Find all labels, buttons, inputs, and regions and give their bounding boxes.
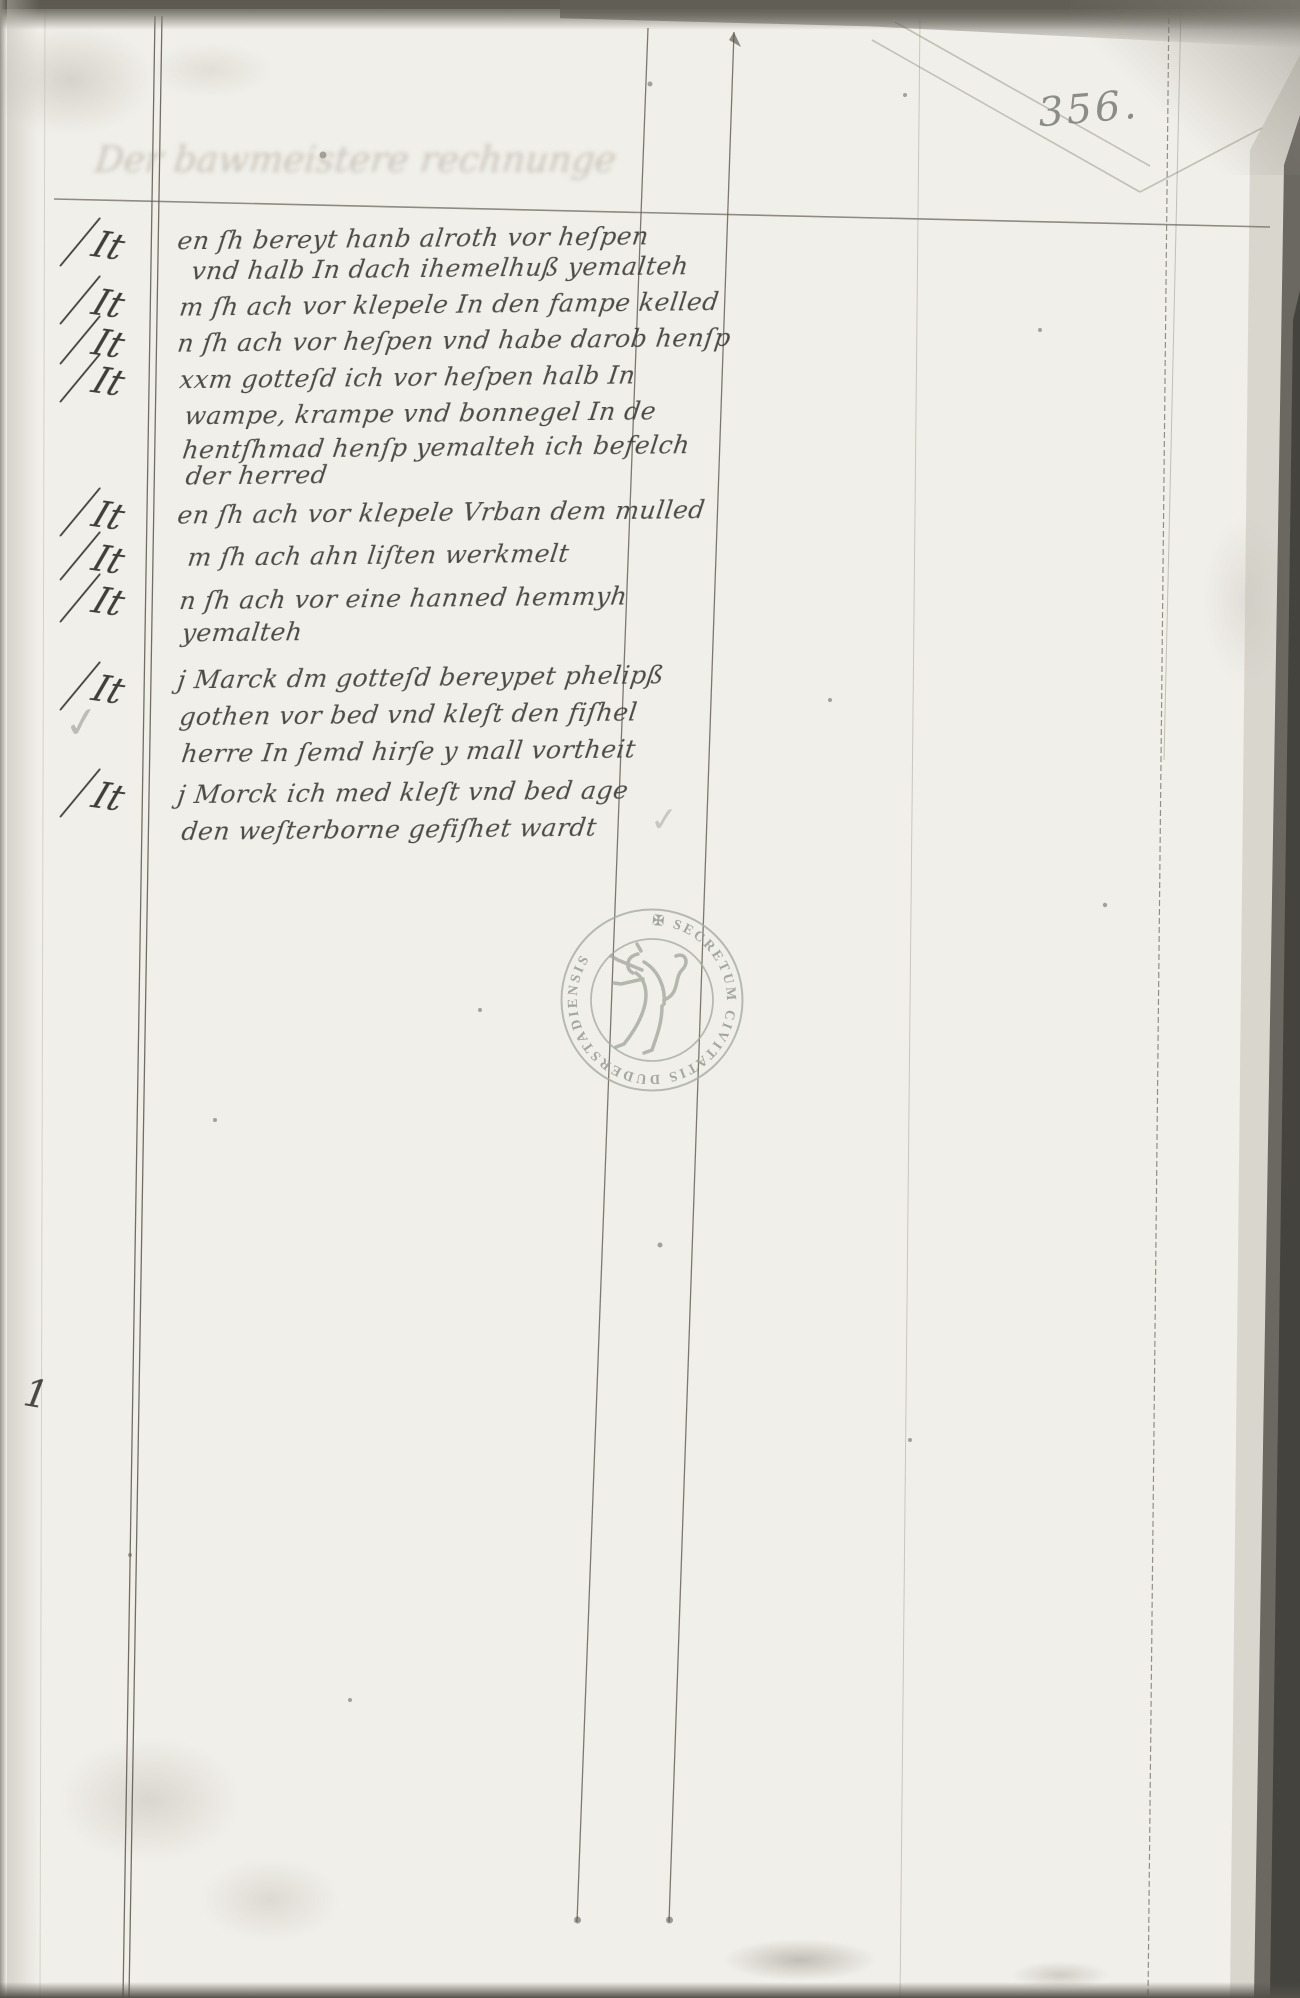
left-margin-rule: [123, 16, 162, 1998]
faded-header-bleedthrough: Der bawmeistere rechnunge: [93, 140, 737, 181]
page-edge-right: [1230, 55, 1300, 1998]
rule-end-blot: [666, 1917, 673, 1924]
right-margin-rule: [1148, 0, 1181, 1998]
faint-extra-rule: [900, 18, 920, 1998]
manuscript-line: n ſh ach vor eine hanned hemmyh: [178, 582, 629, 616]
manuscript-line: m ſh ach ahn liſten werkmelt: [186, 539, 571, 572]
manuscript-line: j Morck ich med kleſt vnd bed age: [176, 776, 631, 810]
manuscript-line: wampe, krampe vnd bonnegel In de: [183, 397, 658, 431]
manuscript-line: j Marck dm gotteſd bereypet phelipß: [176, 660, 666, 694]
header-rule-line: [54, 199, 1270, 227]
manuscript-line: der herred: [184, 460, 329, 490]
page-edge-left: [0, 0, 7, 1998]
pencil-check-mark: ✓: [61, 696, 103, 749]
manuscript-line: yemalteh: [180, 617, 304, 647]
manuscript-line: gothen vor bed vnd kleſt den fiſhel: [178, 698, 639, 732]
manuscript-line: herre In ſemd hirſe y mall vortheit: [180, 735, 638, 769]
manuscript-line: en ſh bereyt hanb alroth vor heſpen: [176, 222, 651, 256]
left-fold-crease: [40, 0, 45, 1998]
manuscript-line: hentſhmad henſp yemalteh ich befelch: [181, 430, 692, 464]
page-edge-left-shadow: [7, 0, 39, 1998]
manuscript-line: den weſterborne gefiſhet wardt: [180, 813, 599, 846]
archive-stamp: ✠ SECRETUM CIVITATIS DUDERSTADIENSIS: [562, 910, 743, 1091]
manuscript-line: vnd halb In dach ihemelhuß yemalteh: [190, 251, 691, 285]
scan-background: { "document": { "page_number": "356.", "…: [0, 0, 1300, 1998]
manuscript-line: m ſh ach vor klepele In den fampe kelled: [178, 287, 721, 322]
manuscript-line: xxm gotteſd ich vor heſpen halb In: [178, 361, 637, 395]
page-edge-bottom: [0, 1982, 1300, 1998]
manuscript-line: en ſh ach vor klepele Vrban dem mulled: [176, 495, 707, 530]
rule-top-arrow-tip: [729, 32, 741, 47]
rule-end-blot: [574, 1917, 581, 1924]
page-number: 356.: [1036, 82, 1141, 137]
manuscript-line: n ſh ach vor heſpen vnd habe darob henſp: [176, 323, 733, 358]
pencil-check-mark: ✓: [649, 799, 680, 841]
stamp-lion-icon: [611, 944, 686, 1053]
